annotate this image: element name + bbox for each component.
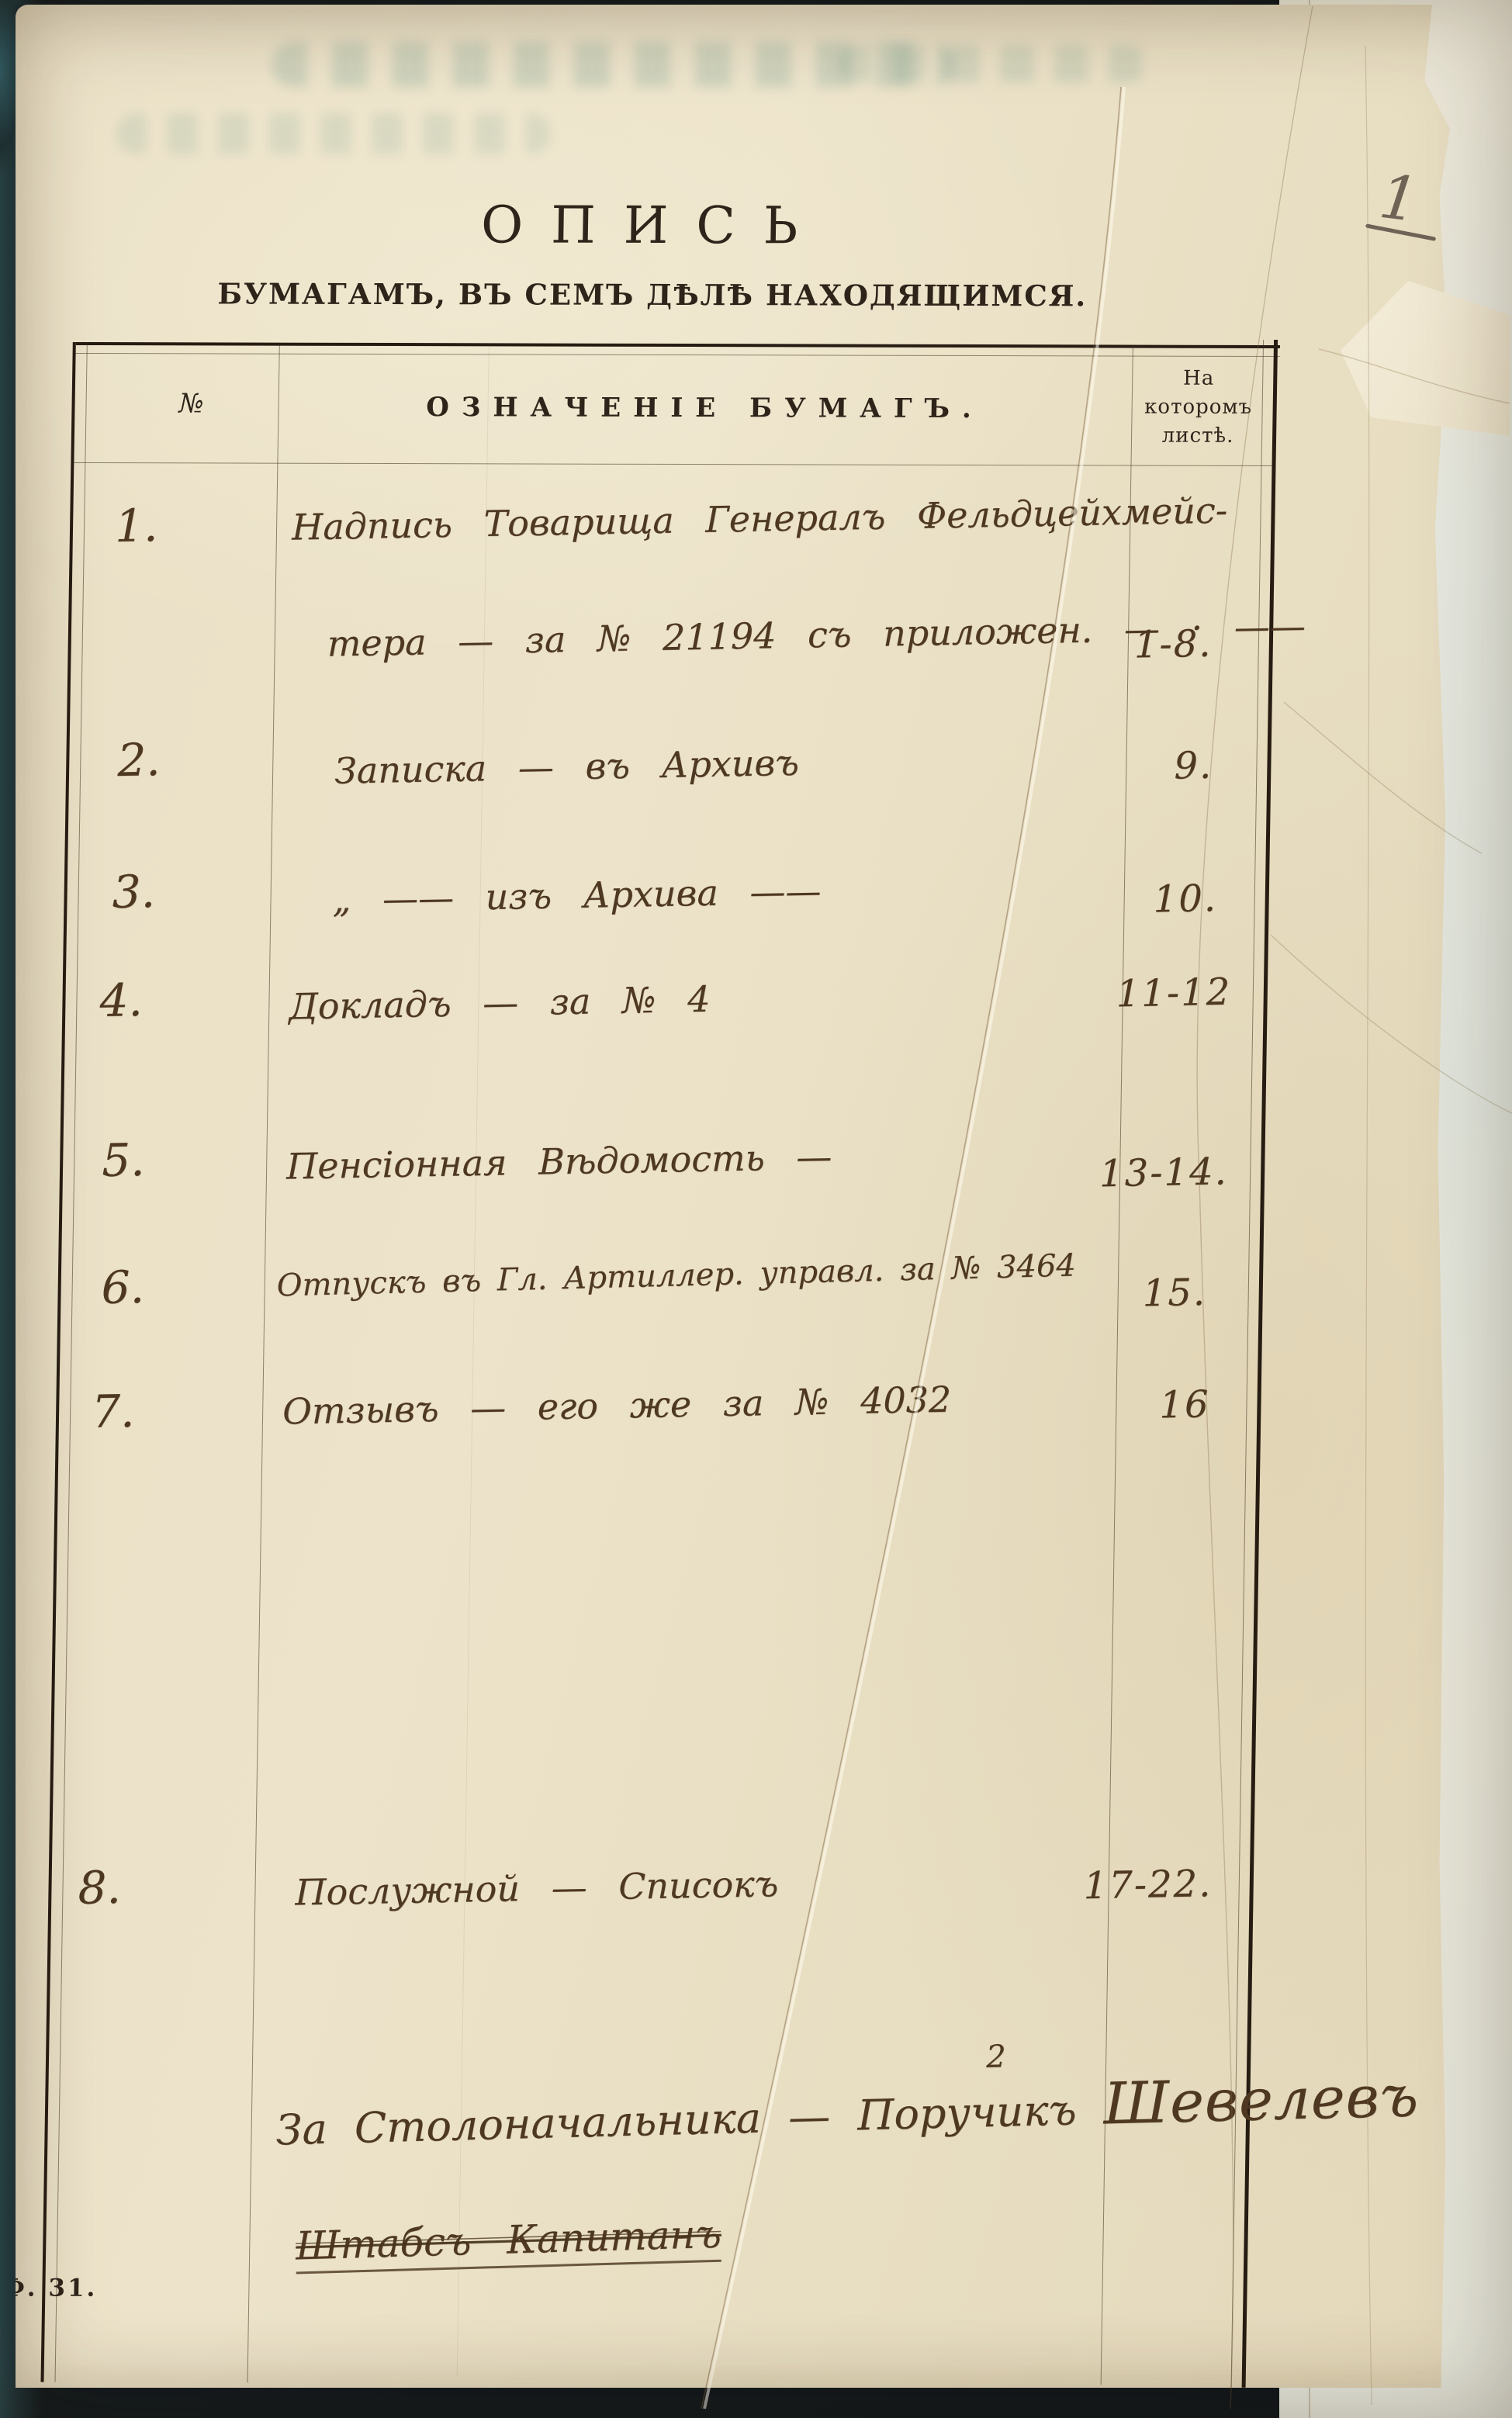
row-3-entry: „ —— изъ Архива —— [332, 870, 821, 921]
row-6-number: 6. [102, 1261, 145, 1314]
col-header-leaf-line1: На [1133, 365, 1265, 393]
row-2-leaf: 9. [1174, 744, 1213, 788]
row-1-entry-line1: Надпись Товарища Генералъ Фельдцейхмейс- [292, 489, 1227, 548]
row-6-entry: Отпускъ въ Гл. Артиллер. управл. за № 34… [276, 1248, 1076, 1304]
col-header-designation: ОЗНАЧЕНІЕ БУМАГЪ. [278, 392, 1132, 425]
row-2-number: 2. [117, 733, 161, 787]
row-8-entry: Послужной — Списокъ [295, 1863, 778, 1913]
row-8-number: 8. [78, 1861, 121, 1915]
signature-superscript: 2 [986, 2039, 1006, 2074]
page-subtitle: БУМАГАМЪ, ВЪ СЕМЪ ДѢЛѢ НАХОДЯЩИМСЯ. [147, 276, 1157, 313]
row-1-leaf: 1-8. [1134, 622, 1213, 667]
form-number: Ф. 31. [2, 2274, 98, 2302]
page-content: ОПИСЬ БУМАГАМЪ, ВЪ СЕМЪ ДѢЛѢ НАХОДЯЩИМСЯ… [0, 3, 1506, 2390]
row-8-leaf: 17-22. [1084, 1862, 1213, 1908]
row-7-number: 7. [92, 1385, 135, 1438]
col-header-leaf-line3: листѣ. [1133, 422, 1264, 451]
page-title: ОПИСЬ [149, 194, 1158, 256]
row-2-entry: Записка — въ Архивъ [334, 742, 799, 792]
table-top-border [76, 342, 1280, 348]
col-header-number: № [106, 388, 277, 420]
column-divider-number [247, 343, 280, 2383]
table-top-inner-rule [76, 353, 1280, 357]
signature-name: Шевелевъ [1103, 2063, 1420, 2137]
row-5-entry: Пенсіонная Вѣдомость — [286, 1136, 832, 1188]
col-header-leaf-line2: которомъ [1133, 393, 1264, 422]
row-3-leaf: 10. [1154, 877, 1218, 921]
row-4-entry: Докладъ — за № 4 [289, 978, 710, 1028]
document-page: ОПИСЬ БУМАГАМЪ, ВЪ СЕМЪ ДѢЛѢ НАХОДЯЩИМСЯ… [16, 5, 1500, 2388]
struck-out-rank: Штабсъ Капитанъ [296, 2212, 721, 2274]
scanned-archival-page: { "page": { "folio_number": "1", "form_n… [0, 0, 1512, 2418]
row-4-leaf: 11-12 [1116, 970, 1232, 1016]
folio-number: 1 [1375, 162, 1455, 244]
row-5-number: 5. [102, 1133, 145, 1187]
row-7-leaf: 16 [1159, 1382, 1209, 1427]
table-header-rule [74, 462, 1275, 466]
row-5-leaf: 13-14. [1099, 1150, 1228, 1195]
row-4-number: 4. [99, 974, 143, 1027]
row-7-entry: Отзывъ — его же за № 4032 [282, 1379, 951, 1433]
row-1-number: 1. [115, 499, 158, 552]
signature-prefix: За Столоначальника — [275, 2091, 830, 2154]
row-6-leaf: 15. [1143, 1271, 1207, 1315]
col-header-leaf: На которомъ листѣ. [1133, 365, 1265, 451]
signature-rank: Поручикъ [857, 2085, 1077, 2140]
row-3-number: 3. [112, 865, 156, 918]
